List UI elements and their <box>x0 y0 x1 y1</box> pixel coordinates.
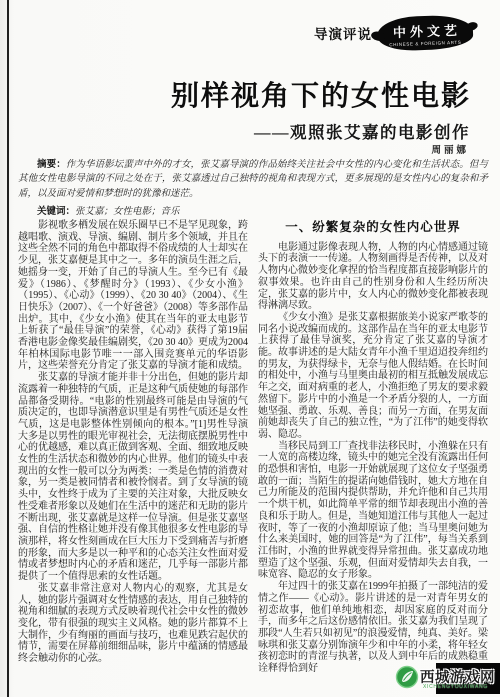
body-columns: 影视歌多栖发展在娱乐圈早已不是罕见现象，跨越唱歌、演戏、导演、编剧、制片多个领域… <box>18 220 488 675</box>
left-paragraph-2: 张艾嘉的导演才能并非十分出色，但她的影片却流露着一种独特的气质，正是这种气质使她… <box>18 372 248 583</box>
journal-badge-subtitle: CHINESE & FOREIGN ARTS <box>389 39 461 47</box>
abstract-text: 作为华语影坛蜚声中外的才女，张艾嘉导演的作品始终关注社会中女性的内心变化和生活状… <box>18 160 488 199</box>
right-paragraph-3: 当移民局到工厂查找非法移民时，小渔躲在只有一人宽的高楼边缘，镜头中的她完全没有流… <box>258 441 488 581</box>
right-column: 一、纷繁复杂的女性内心世界 电影通过影像表现人物，人物的内心情感通过镜头下的表演… <box>258 220 488 675</box>
page-spine-line <box>7 0 9 697</box>
watermark-site-tagline: XICHENGYOUXIWANG <box>423 684 488 690</box>
journal-badge-title: 中外文艺 <box>389 19 462 41</box>
journal-badge: 中外文艺 CHINESE & FOREIGN ARTS <box>376 14 473 51</box>
left-paragraph-1: 影视歌多栖发展在娱乐圈早已不是罕见现象，跨越唱歌、演戏、导演、编剧、制片多个领域… <box>18 220 248 372</box>
right-paragraph-1: 电影通过影像表现人物，人物的内心情感通过镜头下的表演一一传递。人物刻画得是否传神… <box>258 242 488 312</box>
section-heading: 一、纷繁复杂的女性内心世界 <box>258 222 488 234</box>
article-title: 别样视角下的女性电影 <box>11 74 471 114</box>
left-paragraph-3: 张艾嘉非常注意对人物内心的观察，尤其是女人，她的影片强调对女性情感的表达，用自己… <box>18 583 248 665</box>
journal-header: 导演评说 中外文艺 CHINESE & FOREIGN ARTS <box>314 16 473 50</box>
left-column: 影视歌多栖发展在娱乐圈早已不是罕见现象，跨越唱歌、演戏、导演、编剧、制片多个领域… <box>18 220 248 675</box>
site-watermark: 西城游戏网 XICHENGYOUXIWANG <box>392 660 500 697</box>
right-paragraph-2: 《少女小渔》是张艾嘉根据旅美小说家严歌苓的同名小说改编而成的。这部作品在当年的亚… <box>258 312 488 441</box>
scanned-journal-page: 导演评说 中外文艺 CHINESE & FOREIGN ARTS 别样视角下的女… <box>0 0 500 697</box>
article-subtitle: ——观照张艾嘉的电影创作 <box>254 119 470 143</box>
author-name: 周丽娜 <box>431 142 469 156</box>
watermark-leaf-icon <box>395 665 419 689</box>
keywords-label: 关键词： <box>37 206 75 217</box>
keywords-text: 张艾嘉；女性电影；音乐 <box>75 207 180 217</box>
column-label: 导演评说 <box>314 23 372 43</box>
keywords-block: 关键词：张艾嘉；女性电影；音乐 <box>18 203 488 217</box>
abstract-label: 摘要： <box>37 159 66 170</box>
abstract-block: 摘要：作为华语影坛蜚声中外的才女，张艾嘉导演的作品始终关注社会中女性的内心变化和… <box>18 158 488 201</box>
